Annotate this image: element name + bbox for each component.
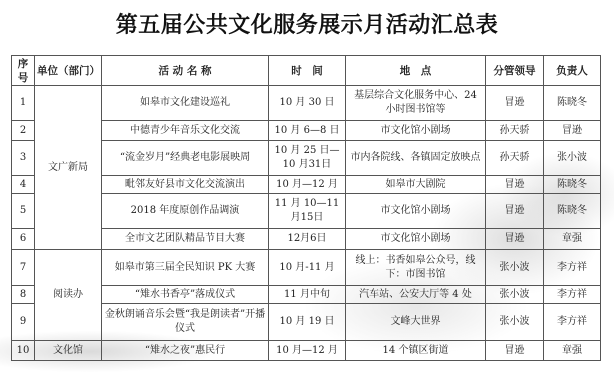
cell-time: 10 月 19 日 — [269, 304, 346, 341]
cell-owner: 冒逊 — [544, 121, 601, 141]
cell-leader: 张小波 — [486, 304, 544, 341]
activity-summary-table: 序号 单位（部门） 活 动 名 称 时 间 地 点 分管领导 负责人 1 文广新… — [11, 55, 601, 361]
cell-seq: 2 — [12, 121, 35, 141]
header-location: 地 点 — [346, 56, 486, 86]
cell-time: 11 月中旬 — [269, 286, 346, 304]
cell-location: 市文化馆小剧场 — [346, 194, 486, 229]
cell-owner: 李方祥 — [544, 250, 601, 286]
cell-owner: 陈晓冬 — [544, 194, 601, 229]
header-activity: 活 动 名 称 — [102, 56, 269, 86]
cell-location: 线上：书香如皋公众号，线下：市图书馆 — [346, 250, 486, 286]
cell-seq: 6 — [12, 229, 35, 250]
cell-time: 10 月 30 日 — [269, 86, 346, 121]
table-row: 1 文广新局 如皋市文化建设巡礼 10 月 30 日 基层综合文化服务中心、24… — [12, 86, 601, 121]
cell-seq: 3 — [12, 141, 35, 176]
header-leader: 分管领导 — [486, 56, 544, 86]
cell-activity: 毗邻友好县市文化交流演出 — [102, 176, 269, 194]
cell-location: 市文化馆小剧场 — [346, 121, 486, 141]
cell-location: 文峰大世界 — [346, 304, 486, 341]
cell-owner: 陈晓冬 — [544, 86, 601, 121]
cell-time: 10 月 6—8 日 — [269, 121, 346, 141]
cell-leader: 张小波 — [486, 250, 544, 286]
cell-leader: 张小波 — [486, 286, 544, 304]
cell-owner: 李方祥 — [544, 286, 601, 304]
cell-unit: 文化馆 — [35, 341, 102, 361]
cell-time: 10 月—12 月 — [269, 341, 346, 361]
cell-time: 11 月 10—11 月15日 — [269, 194, 346, 229]
cell-time: 12月6日 — [269, 229, 346, 250]
cell-owner: 章强 — [544, 341, 601, 361]
cell-time: 10 月 25 日—10 月31日 — [269, 141, 346, 176]
cell-seq: 9 — [12, 304, 35, 341]
cell-time: 10 月—12 月 — [269, 176, 346, 194]
header-time: 时 间 — [269, 56, 346, 86]
cell-owner: 章强 — [544, 229, 601, 250]
cell-location: 如皋市大剧院 — [346, 176, 486, 194]
cell-leader: 冒逊 — [486, 229, 544, 250]
cell-activity: 如皋市文化建设巡礼 — [102, 86, 269, 121]
table-row: 10 文化馆 “雉水之夜”惠民行 10 月—12 月 14 个镇区街道 冒逊 章… — [12, 341, 601, 361]
document-page: 第五届公共文化服务展示月活动汇总表 序号 单位（部门） 活 动 名 称 时 间 … — [0, 0, 614, 373]
cell-activity: 金秋朗诵音乐会暨“我是朗读者”开播仪式 — [102, 304, 269, 341]
cell-leader: 冒逊 — [486, 194, 544, 229]
header-owner: 负责人 — [544, 56, 601, 86]
cell-seq: 1 — [12, 86, 35, 121]
cell-activity: 2018 年度原创作品调演 — [102, 194, 269, 229]
cell-seq: 7 — [12, 250, 35, 286]
cell-leader: 冒逊 — [486, 341, 544, 361]
cell-activity: “雉水之夜”惠民行 — [102, 341, 269, 361]
table-row: 7 阅读办 如皋市第三届全民知识 PK 大赛 10 月-11 月 线上：书香如皋… — [12, 250, 601, 286]
page-title: 第五届公共文化服务展示月活动汇总表 — [0, 8, 614, 39]
cell-seq: 5 — [12, 194, 35, 229]
cell-seq: 10 — [12, 341, 35, 361]
header-seq: 序号 — [12, 56, 35, 86]
cell-leader: 孙天骄 — [486, 141, 544, 176]
cell-location: 基层综合文化服务中心、24 小时图书馆等 — [346, 86, 486, 121]
cell-seq: 4 — [12, 176, 35, 194]
cell-location: 市内各院线、各镇固定放映点 — [346, 141, 486, 176]
cell-leader: 冒逊 — [486, 176, 544, 194]
cell-location: 14 个镇区街道 — [346, 341, 486, 361]
cell-leader: 冒逊 — [486, 86, 544, 121]
cell-leader: 孙天骄 — [486, 121, 544, 141]
cell-seq: 8 — [12, 286, 35, 304]
cell-time: 10 月-11 月 — [269, 250, 346, 286]
cell-location: 汽车站、公安大厅等 4 处 — [346, 286, 486, 304]
cell-location: 市文化馆小剧场 — [346, 229, 486, 250]
cell-unit: 阅读办 — [35, 250, 102, 341]
cell-activity: 中德青少年音乐文化交流 — [102, 121, 269, 141]
cell-activity: “流金岁月”经典老电影展映周 — [102, 141, 269, 176]
cell-owner: 李方祥 — [544, 304, 601, 341]
cell-activity: 如皋市第三届全民知识 PK 大赛 — [102, 250, 269, 286]
header-unit: 单位（部门） — [35, 56, 102, 86]
cell-owner: 张小波 — [544, 141, 601, 176]
cell-activity: 全市文艺团队精品节目大赛 — [102, 229, 269, 250]
cell-owner: 陈晓冬 — [544, 176, 601, 194]
cell-unit: 文广新局 — [35, 86, 102, 250]
cell-activity: “雉水书香亭”落成仪式 — [102, 286, 269, 304]
header-row: 序号 单位（部门） 活 动 名 称 时 间 地 点 分管领导 负责人 — [12, 56, 601, 86]
